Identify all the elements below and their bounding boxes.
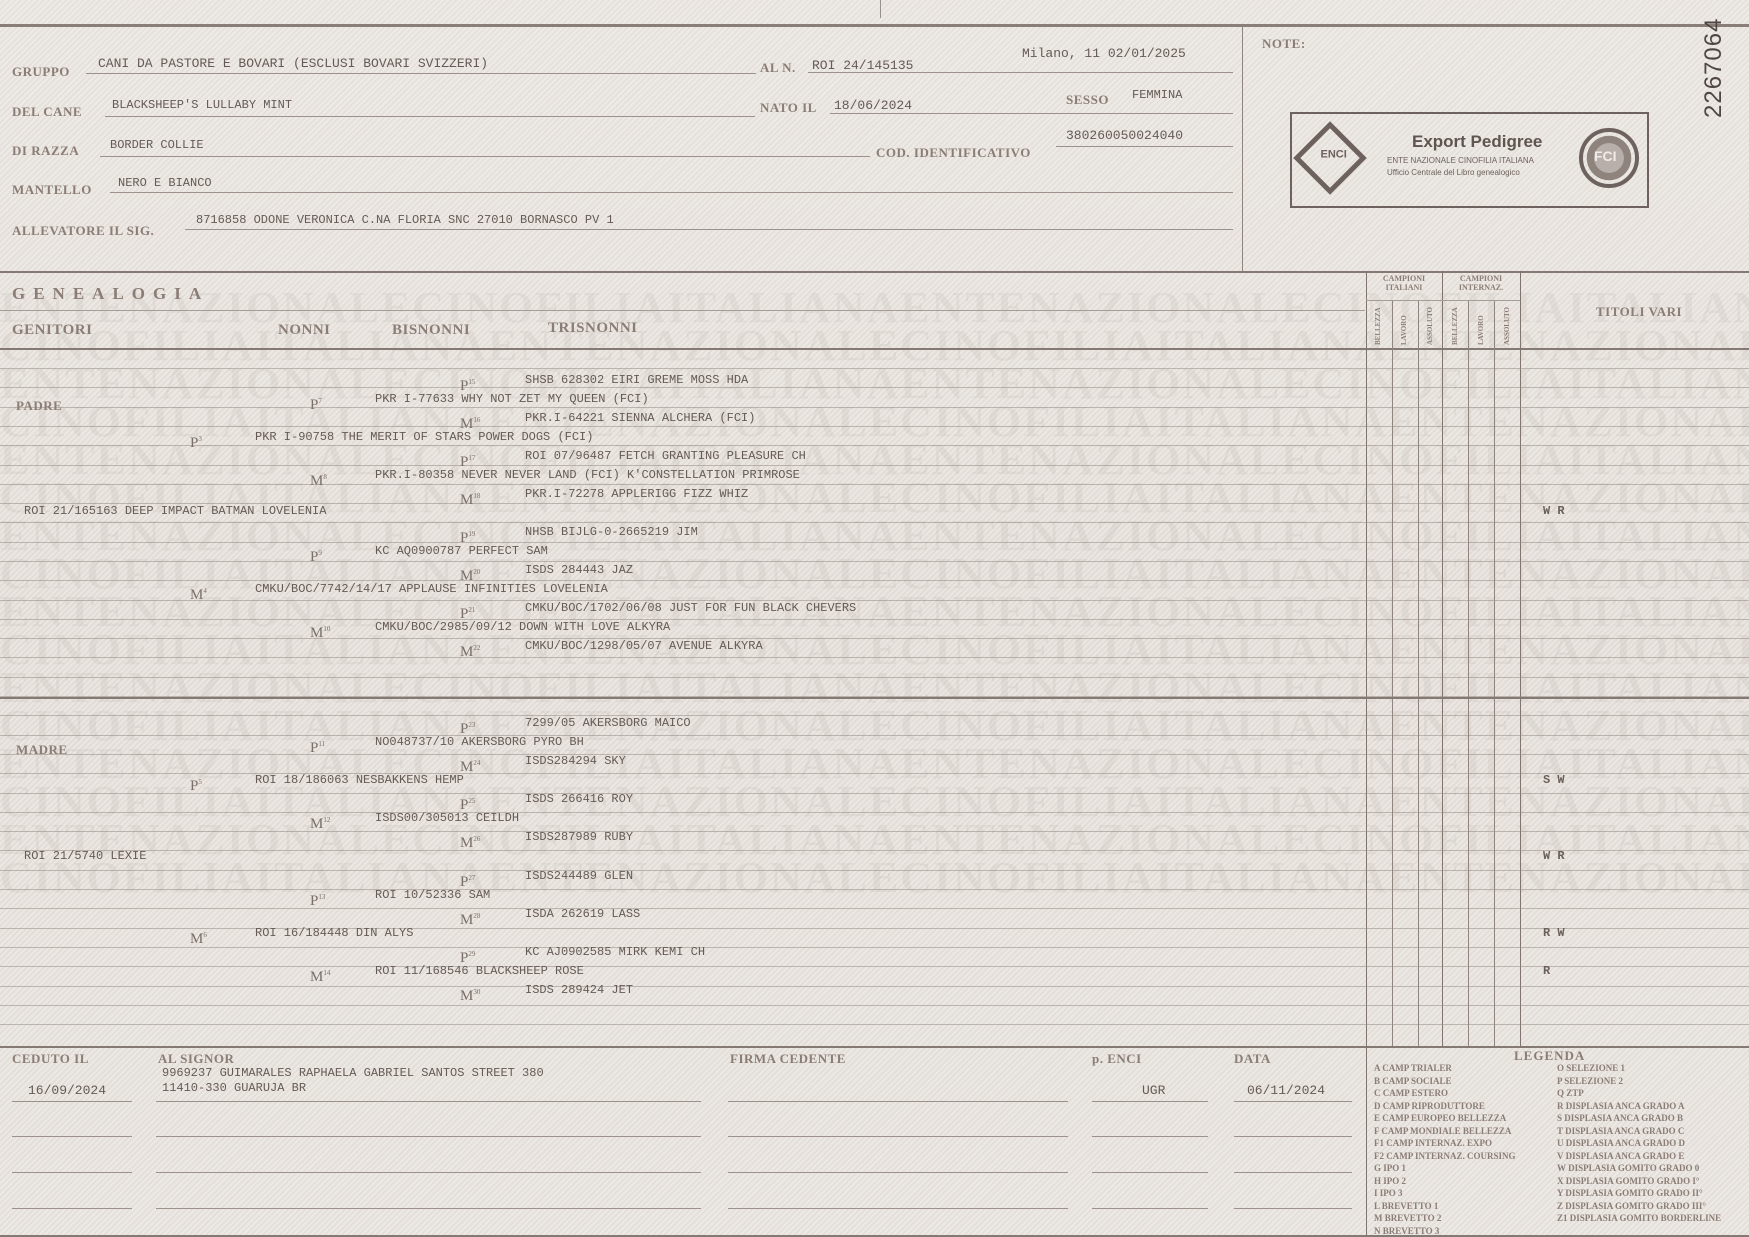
- note-divider: [1242, 26, 1243, 271]
- mantello-line: [110, 192, 1233, 193]
- legend-item: Y DISPLASIA GOMITO GRADO II°: [1557, 1187, 1721, 1200]
- campioni-italiani-header: CAMPIONI ITALIANI: [1368, 274, 1440, 292]
- ruling-line: [0, 754, 1749, 755]
- ancestor-titles: S W: [1543, 773, 1565, 787]
- ancestor-position-marker: M12: [310, 816, 330, 833]
- ruling-line: [0, 465, 1749, 466]
- p-enci-value: UGR: [1142, 1083, 1165, 1098]
- ruling-line: [0, 947, 1749, 948]
- blank-field-line: [1234, 1172, 1352, 1173]
- camp-header-split: [1366, 300, 1520, 301]
- camp-sub-line: [1392, 300, 1393, 1046]
- col-bisnonni: BISNONNI: [392, 322, 470, 339]
- ancestor-position-marker: M30: [460, 988, 480, 1005]
- ancestor-name: ROI 11/168546 BLACKSHEEP ROSE: [375, 964, 584, 978]
- legend-item: F2 CAMP INTERNAZ. COURSING: [1374, 1150, 1516, 1163]
- blank-field-line: [1092, 1136, 1208, 1137]
- parent-titles: W R: [1543, 504, 1565, 518]
- parent-name: ROI 21/5740 LEXIE: [24, 849, 146, 863]
- mantello-value: NERO E BIANCO: [118, 176, 212, 190]
- cod-identificativo-label: COD. IDENTIFICATIVO: [876, 145, 1031, 161]
- blank-field-line: [12, 1208, 132, 1209]
- blank-field-line: [156, 1172, 701, 1173]
- ancestor-position-marker: M26: [460, 835, 480, 852]
- ruling-line: [0, 445, 1749, 446]
- gruppo-value: CANI DA PASTORE E BOVARI (ESCLUSI BOVARI…: [98, 56, 488, 71]
- ancestor-name: KC AQ0900787 PERFECT SAM: [375, 544, 548, 558]
- ancestor-name: ROI 10/52336 SAM: [375, 888, 490, 902]
- ruling-line: [0, 793, 1749, 794]
- enci-line: [1092, 1101, 1208, 1102]
- ruling-line: [0, 619, 1749, 620]
- stamp-title: Export Pedigree: [1412, 132, 1542, 152]
- al-signor-label: AL SIGNOR: [158, 1051, 234, 1067]
- sub-col-lavoro-int: LAVORO: [1477, 305, 1485, 345]
- ruling-line: [0, 812, 1749, 813]
- nato-il-value: 18/06/2024: [834, 98, 912, 113]
- ancestor-name: SHSB 628302 EIRI GREME MOSS HDA: [525, 373, 748, 387]
- legend-item: C CAMP ESTERO: [1374, 1087, 1516, 1100]
- ruling-line: [0, 1024, 1749, 1025]
- ancestor-name: 7299/05 AKERSBORG MAICO: [525, 716, 691, 730]
- legend-left-column: A CAMP TRIALERB CAMP SOCIALEC CAMP ESTER…: [1374, 1062, 1516, 1237]
- legend-item: F CAMP MONDIALE BELLEZZA: [1374, 1125, 1516, 1138]
- legend-item: P SELEZIONE 2: [1557, 1075, 1721, 1088]
- ancestor-name: ROI 07/96487 FETCH GRANTING PLEASURE CH: [525, 449, 806, 463]
- legend-item: M BREVETTO 2: [1374, 1212, 1516, 1225]
- ancestor-position-marker: P13: [310, 893, 325, 910]
- ancestor-name: CMKU/BOC/2985/09/12 DOWN WITH LOVE ALKYR…: [375, 620, 670, 634]
- legend-right-column: O SELEZIONE 1P SELEZIONE 2Q ZTPR DISPLAS…: [1557, 1062, 1721, 1225]
- ancestor-position-marker: M6: [190, 931, 207, 948]
- del-cane-line: [105, 116, 755, 117]
- legend-item: R DISPLASIA ANCA GRADO A: [1557, 1100, 1721, 1113]
- footer-top-border: [0, 1046, 1749, 1048]
- fci-logo-icon: FCI: [1579, 128, 1639, 188]
- ancestor-position-marker: P11: [310, 740, 325, 757]
- legend-item: Q ZTP: [1557, 1087, 1721, 1100]
- firma-cedente-label: FIRMA CEDENTE: [730, 1051, 846, 1067]
- sesso-label: SESSO: [1066, 92, 1109, 108]
- ancestor-name: ROI 16/184448 DIN ALYS: [255, 926, 413, 940]
- ruling-line: [0, 600, 1749, 601]
- genealogy-title: GENEALOGIA: [12, 284, 209, 304]
- ancestor-position-marker: P9: [310, 549, 322, 566]
- blank-field-line: [728, 1208, 1068, 1209]
- ruling-line: [0, 870, 1749, 871]
- legend-item: T DISPLASIA ANCA GRADO C: [1557, 1125, 1721, 1138]
- ancestor-name: ISDS284294 SKY: [525, 754, 626, 768]
- di-razza-value: BORDER COLLIE: [110, 138, 204, 152]
- sesso-value: FEMMINA: [1132, 88, 1182, 102]
- sub-col-assoluto: ASSOLUTO: [1426, 305, 1434, 345]
- ancestor-name: ISDS 266416 ROY: [525, 792, 633, 806]
- ancestor-position-marker: P5: [190, 778, 202, 795]
- ancestor-name: PKR.I-80358 NEVER NEVER LAND (FCI) K'CON…: [375, 468, 800, 482]
- ancestor-name: PKR I-90758 THE MERIT OF STARS POWER DOG…: [255, 430, 593, 444]
- ancestor-position-marker: P7: [310, 397, 322, 414]
- blank-field-line: [1234, 1136, 1352, 1137]
- col-genitori: GENITORI: [12, 322, 92, 339]
- blank-field-line: [12, 1172, 132, 1173]
- ruling-line: [0, 657, 1749, 658]
- allevatore-line: [185, 229, 1233, 230]
- legend-item: G IPO 1: [1374, 1162, 1516, 1175]
- enci-logo-icon: ENCI: [1293, 121, 1367, 195]
- ruling-line: [0, 831, 1749, 832]
- ruling-line: [0, 580, 1749, 581]
- ancestor-titles: R: [1543, 964, 1550, 978]
- ceduto-line: [12, 1101, 132, 1102]
- ancestor-name: CMKU/BOC/1298/05/07 AVENUE ALKYRA: [525, 639, 763, 653]
- legend-item: O SELEZIONE 1: [1557, 1062, 1721, 1075]
- ancestor-name: PKR.I-72278 APPLERIGG FIZZ WHIZ: [525, 487, 748, 501]
- export-pedigree-stamp: ENCI Export Pedigree ENTE NAZIONALE CINO…: [1290, 112, 1649, 208]
- ruling-line: [0, 908, 1749, 909]
- ruling-line: [0, 484, 1749, 485]
- al-signor-line1: 9969237 GUIMARALES RAPHAELA GABRIEL SANT…: [162, 1066, 544, 1080]
- genealogy-header-line: [0, 348, 1749, 350]
- serial-number: 2267064: [1700, 18, 1728, 118]
- ruling-line: [0, 677, 1749, 678]
- gruppo-line: [86, 73, 756, 74]
- col-trisnonni: TRISNONNI: [548, 320, 638, 337]
- parent-titles: W R: [1543, 849, 1565, 863]
- ancestor-name: CMKU/BOC/1702/06/08 JUST FOR FUN BLACK C…: [525, 601, 856, 615]
- legend-item: X DISPLASIA GOMITO GRADO I°: [1557, 1175, 1721, 1188]
- ruling-line: [0, 715, 1749, 716]
- legend-item: F1 CAMP INTERNAZ. EXPO: [1374, 1137, 1516, 1150]
- ruling-line: [0, 522, 1749, 523]
- fold-mark: [880, 0, 881, 18]
- al-n-line: [808, 72, 1233, 73]
- legend-item: H IPO 2: [1374, 1175, 1516, 1188]
- cod-identificativo-value: 380260050024040: [1066, 128, 1183, 143]
- ruling-line: [0, 1005, 1749, 1006]
- ancestor-name: CMKU/BOC/7742/14/17 APPLAUSE INFINITIES …: [255, 582, 608, 596]
- al-signor-line2: 11410-330 GUARUJA BR: [162, 1081, 306, 1095]
- madre-label: MADRE: [16, 742, 68, 758]
- al-signor-line: [156, 1101, 701, 1102]
- ancestor-name: NO048737/10 AKERSBORG PYRO BH: [375, 735, 584, 749]
- sire-dam-divider: [0, 697, 1749, 699]
- place-date: Milano, 11 02/01/2025: [1022, 46, 1186, 61]
- ruling-line: [0, 387, 1749, 388]
- ceduto-il-value: 16/09/2024: [28, 1083, 106, 1098]
- stamp-line1: ENTE NAZIONALE CINOFILIA ITALIANA: [1387, 156, 1534, 165]
- ancestor-position-marker: M28: [460, 912, 480, 929]
- ancestor-name: PKR I-77633 WHY NOT ZET MY QUEEN (FCI): [375, 392, 649, 406]
- al-n-value: ROI 24/145135: [812, 58, 913, 73]
- mantello-label: MANTELLO: [12, 182, 92, 198]
- ancestor-position-marker: M10: [310, 625, 330, 642]
- ruling-line: [0, 850, 1749, 851]
- camp-sub-line: [1494, 300, 1495, 1046]
- legend-item: D CAMP RIPRODUTTORE: [1374, 1100, 1516, 1113]
- del-cane-label: DEL CANE: [12, 104, 82, 120]
- camp-sub-line: [1468, 300, 1469, 1046]
- blank-field-line: [156, 1208, 701, 1209]
- ruling-line: [0, 542, 1749, 543]
- ancestor-position-marker: M18: [460, 492, 480, 509]
- blank-field-line: [156, 1136, 701, 1137]
- col-nonni: NONNI: [278, 322, 331, 339]
- ancestor-name: ISDA 262619 LASS: [525, 907, 640, 921]
- ancestor-position-marker: P3: [190, 435, 202, 452]
- blank-field-line: [1092, 1172, 1208, 1173]
- legend-item: S DISPLASIA ANCA GRADO B: [1557, 1112, 1721, 1125]
- top-border: [0, 24, 1749, 27]
- ruling-line: [0, 407, 1749, 408]
- ancestor-name: NHSB BIJLG-0-2665219 JIM: [525, 525, 698, 539]
- ancestor-name: ISDS287989 RUBY: [525, 830, 633, 844]
- ancestor-position-marker: M8: [310, 473, 327, 490]
- legend-item: Z1 DISPLASIA GOMITO BORDERLINE: [1557, 1212, 1721, 1225]
- nato-il-label: NATO IL: [760, 100, 817, 116]
- data-line: [1234, 1101, 1352, 1102]
- ancestor-name: ISDS244489 GLEN: [525, 869, 633, 883]
- note-label: NOTE:: [1262, 36, 1306, 52]
- titoli-vari-header: TITOLI VARI: [1596, 304, 1682, 320]
- ancestor-name: ROI 18/186063 NESBAKKENS HEMP: [255, 773, 464, 787]
- data-value: 06/11/2024: [1247, 1083, 1325, 1098]
- ancestor-name: PKR.I-64221 SIENNA ALCHERA (FCI): [525, 411, 755, 425]
- padre-label: PADRE: [16, 398, 62, 414]
- stamp-line2: Ufficio Centrale del Libro genealogico: [1387, 168, 1520, 177]
- legend-item: A CAMP TRIALER: [1374, 1062, 1516, 1075]
- legend-item: V DISPLASIA ANCA GRADO E: [1557, 1150, 1721, 1163]
- p-enci-label: p. ENCI: [1092, 1051, 1142, 1067]
- ancestor-titles: R W: [1543, 926, 1565, 940]
- cod-line: [1056, 146, 1233, 147]
- camp-sub-line: [1418, 300, 1419, 1046]
- sub-col-assoluto-int: ASSOLUTO: [1503, 305, 1511, 345]
- allevatore-label: ALLEVATORE IL SIG.: [12, 223, 154, 239]
- blank-field-line: [728, 1172, 1068, 1173]
- ancestor-name: ISDS 284443 JAZ: [525, 563, 633, 577]
- sub-col-lavoro: LAVORO: [1400, 305, 1408, 345]
- ancestor-position-marker: M14: [310, 969, 330, 986]
- gruppo-label: GRUPPO: [12, 64, 70, 80]
- ancestor-name: ISDS 289424 JET: [525, 983, 633, 997]
- ruling-line: [0, 735, 1749, 736]
- genealogy-title-line: [0, 310, 1365, 311]
- di-razza-line: [100, 156, 870, 157]
- ruling-line: [0, 889, 1749, 890]
- ancestor-name: ISDS00/305013 CEILDH: [375, 811, 519, 825]
- campioni-internaz-header: CAMPIONI INTERNAZ.: [1444, 274, 1518, 292]
- sub-col-bellezza-int: BELLEZZA: [1451, 305, 1459, 345]
- di-razza-label: DI RAZZA: [12, 143, 79, 159]
- ruling-line: [0, 638, 1749, 639]
- ruling-line: [0, 561, 1749, 562]
- genealogy-top-border: [0, 271, 1749, 273]
- ancestor-name: KC AJ0902585 MIRK KEMI CH: [525, 945, 705, 959]
- blank-field-line: [1234, 1208, 1352, 1209]
- legend-item: U DISPLASIA ANCA GRADO D: [1557, 1137, 1721, 1150]
- nato-line: [830, 113, 1233, 114]
- blank-field-line: [1092, 1208, 1208, 1209]
- parent-name: ROI 21/165163 DEEP IMPACT BATMAN LOVELEN…: [24, 504, 326, 518]
- data-label: DATA: [1234, 1051, 1271, 1067]
- ancestor-position-marker: M4: [190, 587, 207, 604]
- legend-item: W DISPLASIA GOMITO GRADO 0: [1557, 1162, 1721, 1175]
- legend-item: L BREVETTO 1: [1374, 1200, 1516, 1213]
- sub-col-bellezza: BELLEZZA: [1374, 305, 1382, 345]
- del-cane-value: BLACKSHEEP'S LULLABY MINT: [112, 98, 292, 112]
- ceduto-il-label: CEDUTO IL: [12, 1051, 89, 1067]
- legend-item: E CAMP EUROPEO BELLEZZA: [1374, 1112, 1516, 1125]
- legend-item: Z DISPLASIA GOMITO GRADO III°: [1557, 1200, 1721, 1213]
- ruling-line: [0, 368, 1749, 369]
- al-n-label: AL N.: [760, 60, 796, 76]
- ancestor-position-marker: M22: [460, 644, 480, 661]
- blank-field-line: [12, 1136, 132, 1137]
- blank-field-line: [728, 1136, 1068, 1137]
- legend-divider: [1366, 1046, 1367, 1237]
- ruling-line: [0, 986, 1749, 987]
- ruling-line: [0, 966, 1749, 967]
- allevatore-value: 8716858 ODONE VERONICA C.NA FLORIA SNC 2…: [196, 213, 614, 227]
- legend-item: B CAMP SOCIALE: [1374, 1075, 1516, 1088]
- firma-line: [728, 1101, 1068, 1102]
- ruling-line: [0, 426, 1749, 427]
- legend-item: I IPO 3: [1374, 1187, 1516, 1200]
